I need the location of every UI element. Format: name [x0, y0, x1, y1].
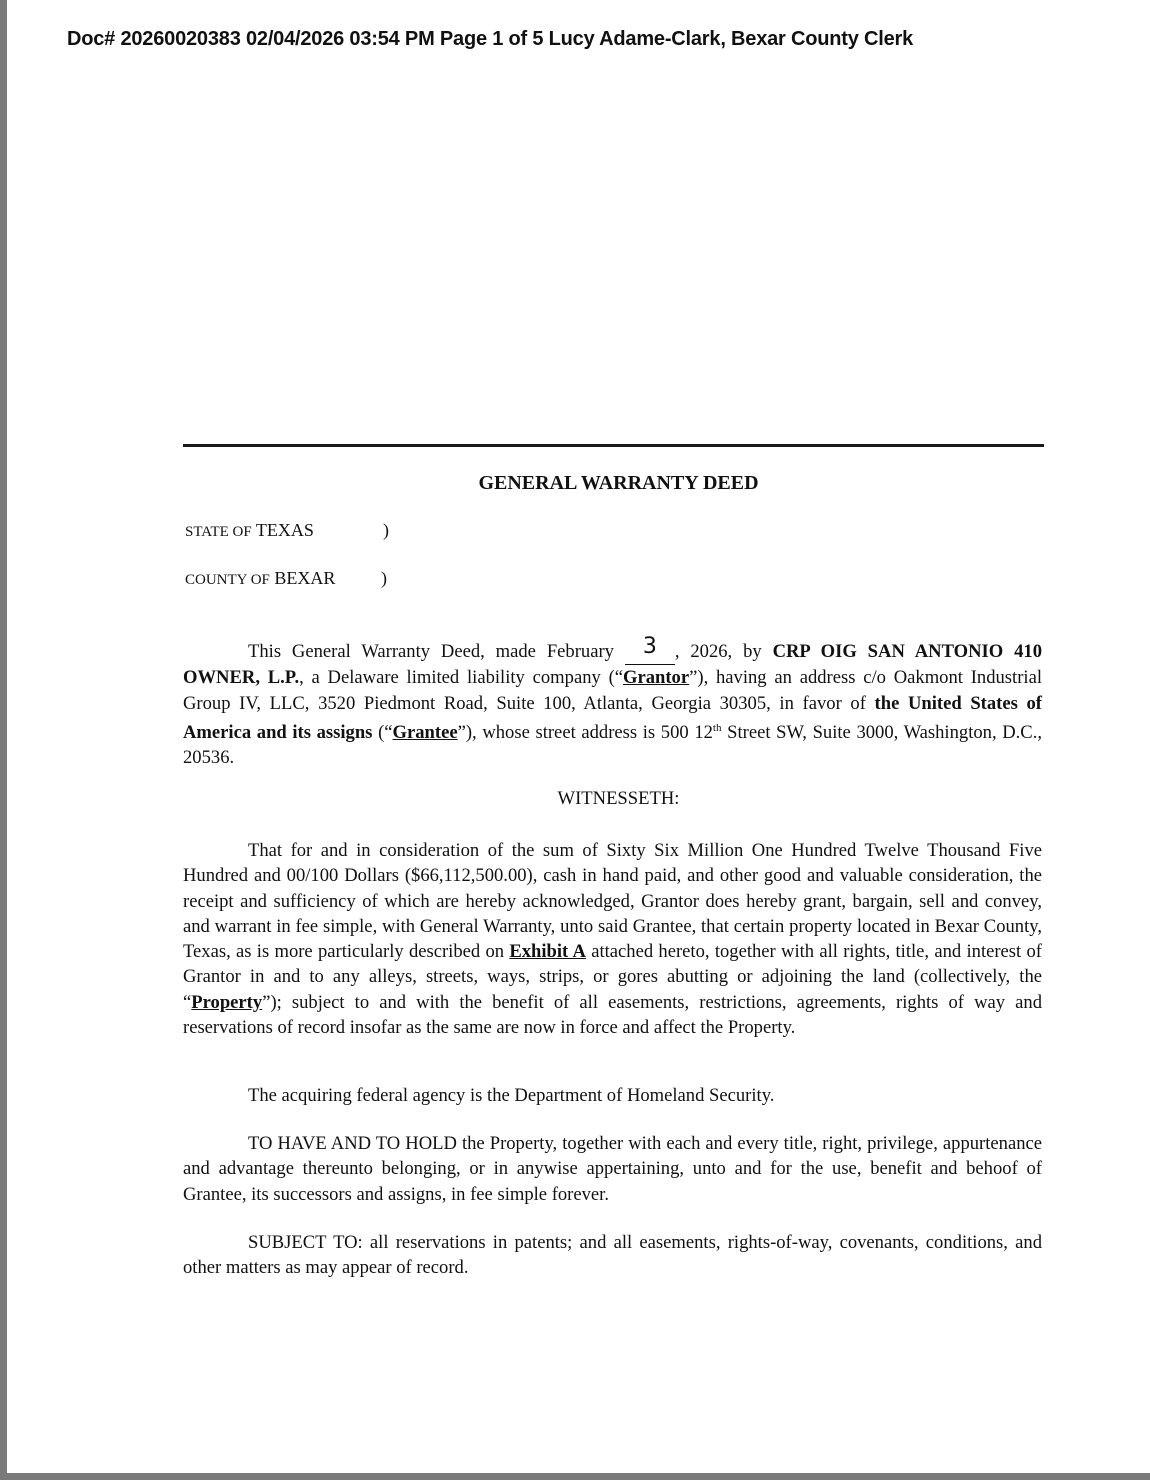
header-rule — [183, 444, 1044, 447]
state-label: STATE OF — [185, 524, 252, 540]
intro-paragraph: This General Warranty Deed, made Februar… — [183, 638, 1042, 771]
venue-paren: ) — [383, 520, 389, 541]
venue-state: STATE OF TEXAS ) — [185, 520, 314, 541]
venue-county: COUNTY OF BEXAR ) — [185, 568, 335, 589]
county-label: COUNTY OF — [185, 572, 270, 588]
deed-page: Doc# 20260020383 02/04/2026 03:54 PM Pag… — [7, 0, 1150, 1473]
document-title: GENERAL WARRANTY DEED — [7, 472, 1150, 495]
subject-to-paragraph: SUBJECT TO: all reservations in patents;… — [183, 1230, 1042, 1281]
grantee-term: Grantee — [393, 722, 458, 743]
witnesseth-heading: WITNESSETH: — [7, 788, 1150, 810]
recording-stamp: Doc# 20260020383 02/04/2026 03:54 PM Pag… — [67, 28, 913, 51]
agency-paragraph: The acquiring federal agency is the Depa… — [183, 1083, 1042, 1108]
grantor-term: Grantor — [623, 667, 689, 688]
handwritten-day: 3 — [625, 638, 675, 665]
county-value: BEXAR — [274, 568, 335, 588]
venue-paren: ) — [381, 568, 387, 589]
habendum-paragraph: TO HAVE AND TO HOLD the Property, togeth… — [183, 1131, 1042, 1207]
exhibit-a-reference: Exhibit A — [509, 941, 586, 962]
state-value: TEXAS — [256, 520, 314, 540]
property-term: Property — [191, 992, 262, 1013]
consideration-paragraph: That for and in consideration of the sum… — [183, 838, 1042, 1040]
